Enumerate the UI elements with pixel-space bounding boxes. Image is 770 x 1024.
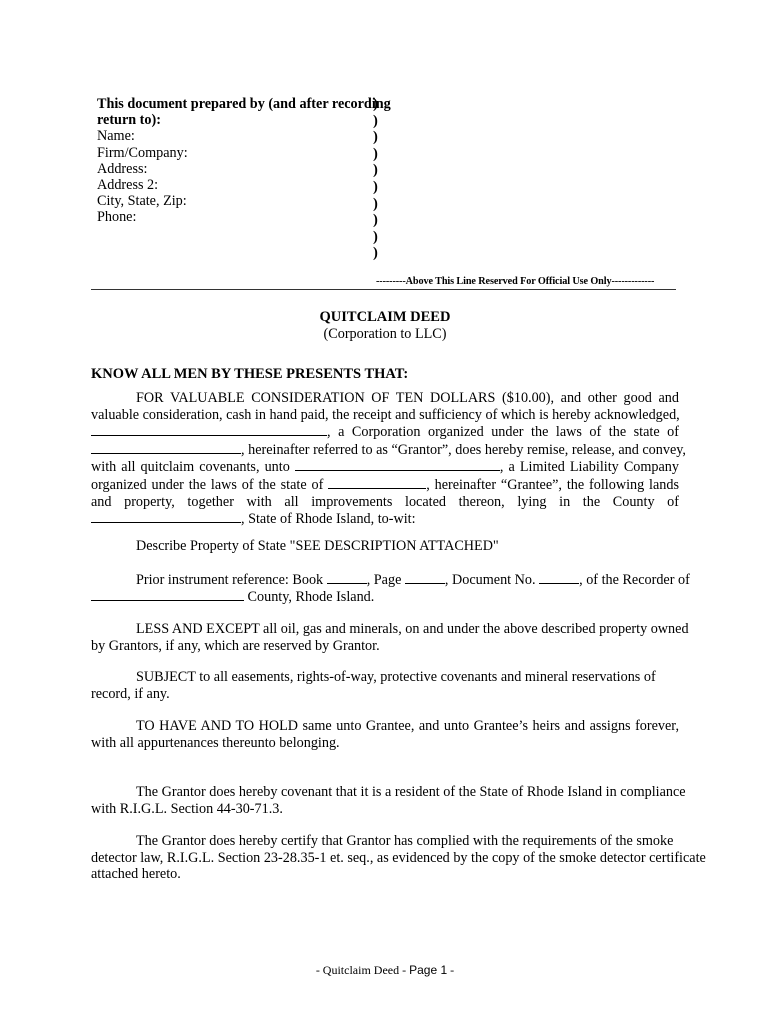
preparer-block: This document prepared by (and after rec… — [97, 96, 391, 226]
field-phone-label: Phone: — [97, 209, 391, 225]
prior-instrument-line1: Prior instrument reference: Book , Page … — [136, 571, 690, 589]
field-address2-label: Address 2: — [97, 177, 391, 193]
grantor-state-blank[interactable] — [91, 441, 241, 454]
text-line: attached hereto. — [91, 866, 679, 883]
text-line: , hereinafter “Grantee”, the following l… — [426, 477, 679, 493]
paren: ) — [373, 245, 378, 262]
official-use-notice: ---------Above This Line Reserved For Of… — [376, 276, 654, 287]
grantor-name-blank[interactable] — [91, 423, 327, 436]
paren: ) — [373, 129, 378, 146]
book-blank[interactable] — [327, 571, 367, 584]
paren: ) — [373, 96, 378, 113]
footer-doc-name: - Quitclaim Deed - — [316, 963, 409, 977]
field-city-state-zip-label: City, State, Zip: — [97, 193, 391, 209]
text-line: valuable consideration, cash in hand pai… — [91, 407, 679, 424]
text: , Document No. — [445, 572, 536, 588]
text-line: with R.I.G.L. Section 44-30-71.3. — [91, 801, 679, 818]
county-blank[interactable] — [91, 510, 241, 523]
paren: ) — [373, 113, 378, 130]
less-except-paragraph: LESS AND EXCEPT all oil, gas and mineral… — [91, 621, 679, 654]
paren: ) — [373, 146, 378, 163]
text-line: detector law, R.I.G.L. Section 23-28.35-… — [91, 850, 679, 867]
recording-divider — [91, 289, 676, 290]
preparer-heading-line1: This document prepared by (and after rec… — [97, 96, 391, 112]
text-line: , a Corporation organized under the laws… — [327, 424, 679, 440]
text-line: record, if any. — [91, 686, 679, 703]
document-title: QUITCLAIM DEED — [0, 309, 770, 326]
text-line: , a Limited Liability Company — [500, 459, 679, 475]
paren: ) — [373, 229, 378, 246]
paren: ) — [373, 162, 378, 179]
describe-property: Describe Property of State "SEE DESCRIPT… — [136, 538, 499, 555]
text: , of the Recorder of — [579, 572, 690, 588]
text: , Page — [367, 572, 402, 588]
subject-paragraph: SUBJECT to all easements, rights-of-way,… — [91, 669, 679, 702]
field-firm-label: Firm/Company: — [97, 145, 391, 161]
recorder-county-blank[interactable] — [91, 588, 244, 601]
paren: ) — [373, 196, 378, 213]
prior-instrument-line2: County, Rhode Island. — [91, 588, 374, 606]
text-line: The Grantor does hereby covenant that it… — [91, 784, 679, 801]
page-number: Page 1 — [409, 963, 447, 977]
text: Prior instrument reference: Book — [136, 572, 323, 588]
text-line: by Grantors, if any, which are reserved … — [91, 638, 679, 655]
paren: ) — [373, 179, 378, 196]
text: County, Rhode Island. — [248, 589, 375, 605]
know-all-heading: KNOW ALL MEN BY THESE PRESENTS THAT: — [91, 366, 408, 383]
field-address-label: Address: — [97, 161, 391, 177]
residency-paragraph: The Grantor does hereby covenant that it… — [91, 784, 679, 817]
document-no-blank[interactable] — [539, 571, 579, 584]
paren: ) — [373, 212, 378, 229]
text-line: organized under the laws of the state of — [91, 477, 323, 493]
text-line: with all quitclaim covenants, unto — [91, 459, 290, 475]
field-name-label: Name: — [97, 128, 391, 144]
text-line: , State of Rhode Island, to-wit: — [241, 511, 416, 527]
document-subtitle: (Corporation to LLC) — [0, 326, 770, 343]
text-line: , hereinafter referred to as “Grantor”, … — [241, 442, 686, 458]
text-line: SUBJECT to all easements, rights-of-way,… — [91, 669, 679, 686]
text-line: The Grantor does hereby certify that Gra… — [91, 833, 679, 850]
grantee-state-blank[interactable] — [328, 476, 426, 489]
bracket-column: ) ) ) ) ) ) ) ) ) ) — [373, 96, 378, 262]
text-line: TO HAVE AND TO HOLD same unto Grantee, a… — [91, 718, 679, 735]
footer-suffix: - — [447, 963, 454, 977]
grantee-name-blank[interactable] — [295, 458, 500, 471]
text-line: and property, together with all improvem… — [91, 494, 679, 511]
consideration-paragraph: FOR VALUABLE CONSIDERATION OF TEN DOLLAR… — [91, 390, 679, 528]
text-line: FOR VALUABLE CONSIDERATION OF TEN DOLLAR… — [91, 390, 679, 407]
habendum-paragraph: TO HAVE AND TO HOLD same unto Grantee, a… — [91, 718, 679, 751]
preparer-heading-line2: return to): — [97, 112, 391, 128]
page-footer: - Quitclaim Deed - Page 1 - — [0, 963, 770, 978]
smoke-detector-paragraph: The Grantor does hereby certify that Gra… — [91, 833, 679, 883]
text-line: with all appurtenances thereunto belongi… — [91, 735, 679, 752]
text-line: LESS AND EXCEPT all oil, gas and mineral… — [91, 621, 679, 638]
page-blank[interactable] — [405, 571, 445, 584]
